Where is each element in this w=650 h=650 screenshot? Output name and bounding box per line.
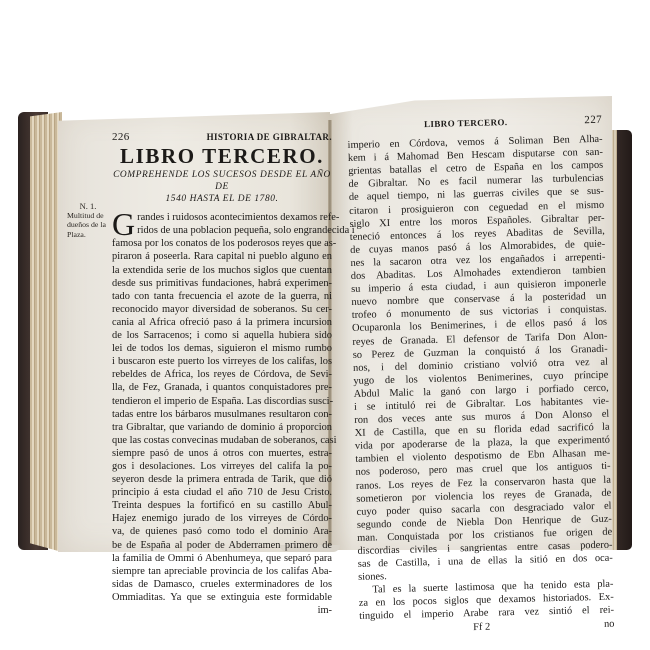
catchword: no [604,617,615,630]
chapter-title: LIBRO TERCERO. [112,150,332,163]
right-body: imperio en Córdova, vemos á Soliman Ben … [347,133,614,637]
text-line: tendieron el imperio de España. Las disc… [112,395,332,408]
page-block-edge-left [30,112,62,552]
chapter-summary-line-1: COMPREHENDE LOS SUCESOS DESDE EL AÑO DE [112,169,332,193]
left-body: G randes i ruidosos acontecimientos dexa… [112,211,332,617]
text-line: siempre tan apreciable provincia de los … [112,565,332,578]
text-line: siempre pasó de unos á otros con muertes… [112,447,332,460]
text-line: piraron á poseerla. Rara capital ni pueb… [112,250,332,263]
text-line: tado con tanta frecuencia el azote de la… [112,290,332,303]
left-page-text: 226 HISTORIA DE GIBRALTAR. LIBRO TERCERO… [112,131,332,617]
text-line: de los Sarracenos; i como si aquella hub… [112,329,332,342]
right-page-number: 227 [584,114,602,128]
right-page-text: LIBRO TERCERO. 227 imperio en Córdova, v… [347,114,615,637]
text-line: randes i ruidosos acontecimientos dexamo… [112,211,332,224]
text-line: tra Gibraltar, que variando de dominio á… [112,421,332,434]
text-line: seyeron desde la primera entrada de Tari… [112,473,332,486]
text-line: be de España al poder de Abderramen prim… [112,539,332,552]
drop-cap: G [112,211,135,237]
left-running-head: 226 HISTORIA DE GIBRALTAR. [112,131,332,144]
text-line: la familia de Ommi ó Abenhumeya, que sep… [112,552,332,565]
margin-note-text: Multitud de dueños de la Plaza. [67,211,106,238]
signature-mark: Ff 2 [473,620,490,634]
text-line: ridos de una poblacion pequeña, solo eng… [112,224,332,237]
text-line: reconocido mayor diversidad de soberanos… [112,303,332,316]
open-book-photo: 226 HISTORIA DE GIBRALTAR. LIBRO TERCERO… [0,0,650,650]
text-line: lla, de Fez, Granada, i quantos conquist… [112,381,332,394]
text-line: rebeldes de Africa, los reyes de Córdova… [112,368,332,381]
text-line: Treinta despues la fortificó en su casti… [112,499,332,512]
text-line: Hajez enemigo jurado de los virreyes de … [112,512,332,525]
left-page-number: 226 [112,131,130,144]
right-running-title: LIBRO TERCERO. [424,116,508,131]
text-line: famosa por los conatos de los poderosos … [112,237,332,250]
text-line: sidas de Damasco, crueles exterminadores… [112,578,332,591]
text-line: cania al Africa ofreció paso á la primer… [112,316,332,329]
text-line: principio á esta ciudad el año 710 de Je… [112,486,332,499]
chapter-summary: COMPREHENDE LOS SUCESOS DESDE EL AÑO DE … [112,169,332,205]
catchword: im- [112,604,332,617]
text-line: que las costas convecinas mudaban de sob… [112,434,332,447]
text-line: lei de todos los demas, siguieron el mis… [112,342,332,355]
margin-note-number: N. 1. [67,202,109,211]
text-line: tadas entre los bárbaros musulmanes resu… [112,408,332,421]
text-line: gos i desolaciones. Los virreyes del cal… [112,460,332,473]
text-line: Ommiaditas. Ya que se extinguia este for… [112,591,332,604]
text-line: va, de quienes pasó como todo el dominio… [112,525,332,538]
chapter-summary-line-2: 1540 HASTA EL DE 1780. [112,193,332,205]
left-running-title: HISTORIA DE GIBRALTAR. [207,131,332,144]
text-line: la extendida serie de los muchos siglos … [112,264,332,277]
text-line: desde sus primitivas fundaciones, habrá … [112,277,332,290]
margin-note: N. 1. Multitud de dueños de la Plaza. [67,202,109,239]
text-line: i buscaron este puerto los virreyes de l… [112,355,332,368]
